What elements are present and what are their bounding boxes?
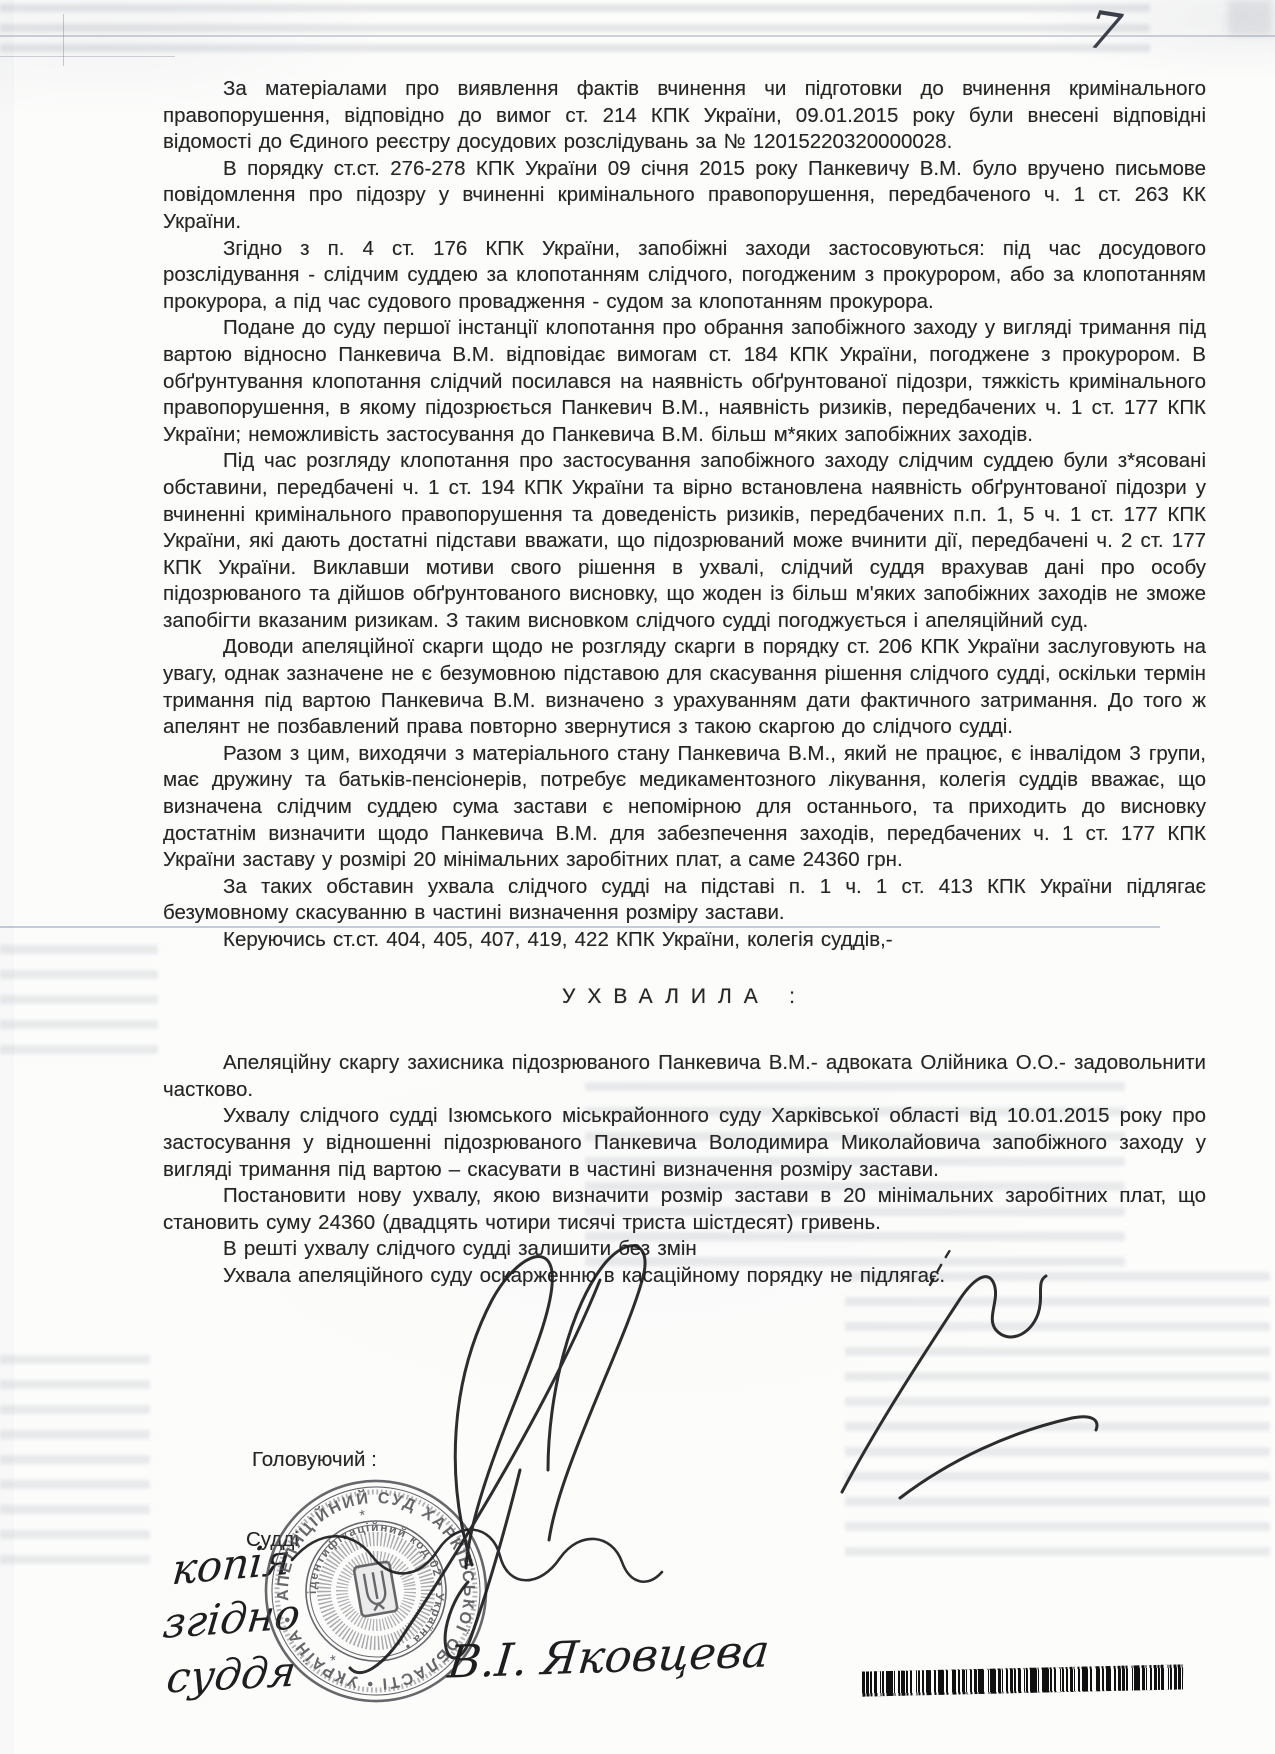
barcode (862, 1664, 1184, 1696)
document-body: За матеріалами про виявлення фактів вчин… (163, 76, 1206, 1290)
scan-line-top-short (0, 56, 175, 57)
resolution-paragraph: Ухвала апеляційного суду оскарженню в ка… (163, 1263, 1206, 1290)
handwritten-page-number: 7 (1084, 0, 1126, 64)
paragraph: Разом з цим, виходячи з матеріального ст… (163, 741, 1206, 874)
paragraph: Згідно з п. 4 ст. 176 КПК України, запоб… (163, 236, 1206, 316)
resolution-paragraph: В решті ухвалу слідчого судді залишити б… (163, 1236, 1206, 1263)
paragraph: Подане до суду першої інстанції клопотан… (163, 315, 1206, 448)
scan-smudge-corner (1228, 0, 1272, 36)
paragraph: В порядку ст.ст. 276-278 КПК України 09 … (163, 156, 1206, 236)
paragraph: Доводи апеляційної скарги щодо не розгля… (163, 634, 1206, 740)
paragraph: Під час розгляду клопотання про застосув… (163, 448, 1206, 634)
bleedthrough-left-margin (0, 945, 158, 1065)
bleedthrough-top (0, 4, 1150, 62)
presiding-judge-label: Головуючий : (252, 1448, 377, 1472)
bleedthrough-lower-left (0, 1355, 150, 1570)
paragraph: За матеріалами про виявлення фактів вчин… (163, 76, 1206, 156)
resolution-paragraph: Ухвалу слідчого судді Ізюмського міськра… (163, 1103, 1206, 1183)
trident-icon (354, 1561, 398, 1616)
stamp-star-top: * (358, 1507, 367, 1525)
scanned-court-document-page: 7 За матеріалами про виявлення фактів вч… (0, 0, 1275, 1754)
paragraph: За таких обставин ухвала слідчого судді … (163, 874, 1206, 927)
scan-line-top (0, 35, 1275, 37)
resolution-paragraph: Апеляційну скаргу захисника підозрюваног… (163, 1050, 1206, 1103)
scan-line-vertical (63, 14, 64, 66)
handwritten-judge-name: В.І. Яковцева (445, 1624, 772, 1688)
bleedthrough-lower-right (845, 1272, 1270, 1572)
resolution-paragraph: Постановити нову ухвалу, якою визначити … (163, 1183, 1206, 1236)
resolution-heading: УХВАЛИЛА : (163, 984, 1206, 1011)
paragraph: Керуючись ст.ст. 404, 405, 407, 419, 422… (163, 927, 1206, 954)
